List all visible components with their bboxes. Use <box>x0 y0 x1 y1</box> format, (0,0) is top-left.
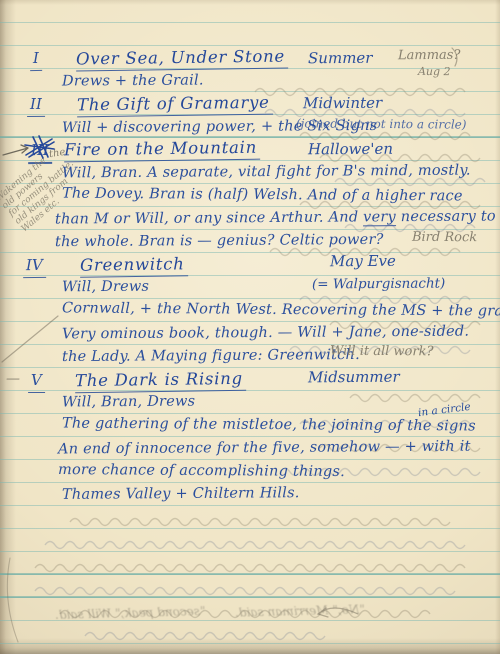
annotation-bird-rock: Bird Rock <box>412 226 477 249</box>
section-5-numeral: V <box>28 369 45 393</box>
section-4-title: Greenwitch <box>80 252 188 277</box>
notebook-page: { "colors": { "ink": "#2b4f9d", "pencil"… <box>0 0 500 654</box>
section-1-numeral: I <box>30 47 42 71</box>
section-4-note-1: Will, Drews <box>62 276 149 299</box>
section-5-note-2: The gathering of the mistletoe, the join… <box>62 414 476 437</box>
section-5-header: V The Dark is Rising <box>28 368 246 391</box>
section-3-note-1: Will, Bran. A separate, vital fight for … <box>62 161 471 184</box>
section-4-note-4: the Lady. A Maying figure: Greenwitch. <box>62 345 360 368</box>
section-3-season: Hallowe'en <box>308 138 393 162</box>
section-4-season: May Eve <box>330 250 396 273</box>
section-2-header: II The Gift of Gramarye <box>27 92 273 115</box>
section-1-header: I Over Sea, Under Stone <box>30 46 288 69</box>
section-5-title: The Dark is Rising <box>75 367 246 393</box>
section-5-season: Midsummer <box>308 366 400 390</box>
showthrough-fragment: "second peak," Will said. <box>55 606 205 620</box>
section-4-note-2: Cornwall, + the North West. Recovering t… <box>62 299 500 322</box>
section-5-note-3: An end of innocence for the five, someho… <box>58 437 471 460</box>
underlined-very: very <box>363 209 396 226</box>
section-3-note-2: The Dovey. Bran is (half) Welsh. And of … <box>62 184 463 207</box>
section-3-title: Fire on the Mountain <box>64 136 260 163</box>
pencil-dash: — <box>6 368 20 391</box>
section-4-season-alt: (= Walpurgisnacht) <box>312 273 445 297</box>
section-5-note-4: more chance of accomplishing things. <box>58 460 345 483</box>
showthrough-fragment: "No," Merriman said. <box>235 604 365 618</box>
section-2-numeral: II <box>27 93 45 117</box>
ruled-line-strong <box>0 573 500 575</box>
section-5-note-5: Thames Valley + Chiltern Hills. <box>62 483 300 506</box>
section-3-title-row: Fire on the Mountain <box>64 137 260 160</box>
section-1-title: Over Sea, Under Stone <box>76 45 288 72</box>
section-4-header: IV Greenwitch <box>23 253 188 276</box>
annotation-aug-2: Aug 2 <box>418 60 451 83</box>
annotation-will-it-all-work: Will it all work? <box>330 340 434 364</box>
section-4-numeral: IV <box>23 254 46 278</box>
section-2-title: The Gift of Gramarye <box>77 91 273 118</box>
annotation-joined-circle: (joined but not into a circle) <box>296 112 467 136</box>
section-5-note-1: Will, Bran, Drews <box>62 391 195 414</box>
section-1-note: Drews + the Grail. <box>62 70 204 93</box>
ruled-line-strong <box>0 596 500 598</box>
section-1-season: Summer <box>308 47 373 70</box>
